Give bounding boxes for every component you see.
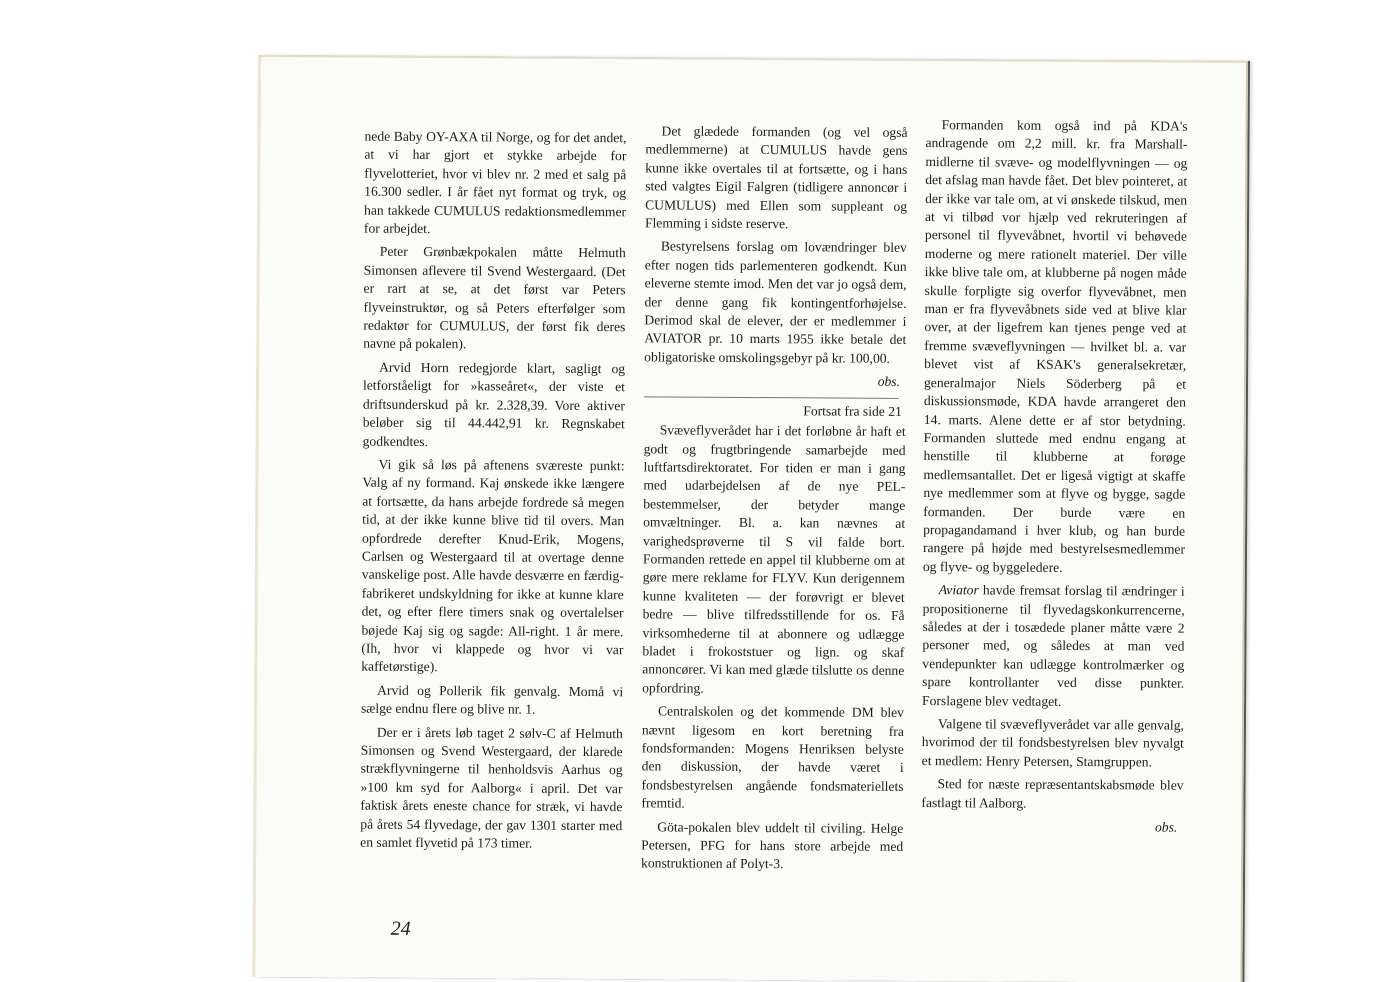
paragraph: Valgene til svæveflyverådet var alle gen…: [922, 715, 1184, 772]
continued-from-label: Fortsat fra side 21: [644, 401, 902, 421]
page-number: 24: [391, 918, 411, 941]
paragraph: Svæveflyverådet har i det forløbne år ha…: [642, 421, 906, 699]
paragraph: nede Baby OY-AXA til Norge, og for det a…: [364, 128, 627, 240]
paragraph: Aviator havde fremsat forslag til ændrin…: [922, 581, 1185, 711]
magazine-page: nede Baby OY-AXA til Norge, og for det a…: [252, 55, 1248, 982]
paragraph: Bestyrelsens forslag om lovændringer ble…: [644, 238, 907, 368]
column-2: Det glædede formanden (og vel også medle…: [641, 122, 908, 879]
paragraph: Arvid og Pollerik fik genvalg. Momå vi s…: [361, 681, 623, 719]
signature: obs.: [644, 372, 900, 392]
section-divider: [644, 396, 899, 399]
signature: obs.: [921, 817, 1177, 837]
paragraph-text: havde fremsat forslag til ændringer i pr…: [922, 583, 1185, 709]
paragraph: Centralskolen og det kommende DM blev næ…: [641, 703, 904, 815]
column-1: nede Baby OY-AXA til Norge, og for det a…: [360, 128, 626, 859]
paragraph: Formanden kom også ind på KDA's andragen…: [923, 116, 1188, 578]
paragraph: Der er i årets løb taget 2 sølv-C af Hel…: [360, 723, 623, 853]
paragraph: Sted for næste repræsentantskabsmøde ble…: [921, 775, 1183, 813]
paragraph: Vi gik så løs på aftenens sværeste punkt…: [361, 456, 624, 678]
italic-lead: Aviator: [939, 582, 979, 597]
paragraph: Arvid Horn redegjorde klart, sagligt og …: [363, 358, 626, 452]
column-3: Formanden kom også ind på KDA's andragen…: [921, 116, 1187, 843]
paragraph: Peter Grønbækpokalen måtte Helmuth Simon…: [363, 243, 626, 355]
paragraph: Det glædede formanden (og vel også medle…: [645, 122, 908, 234]
paragraph: Göta-pokalen blev uddelt til civiling. H…: [641, 818, 903, 875]
